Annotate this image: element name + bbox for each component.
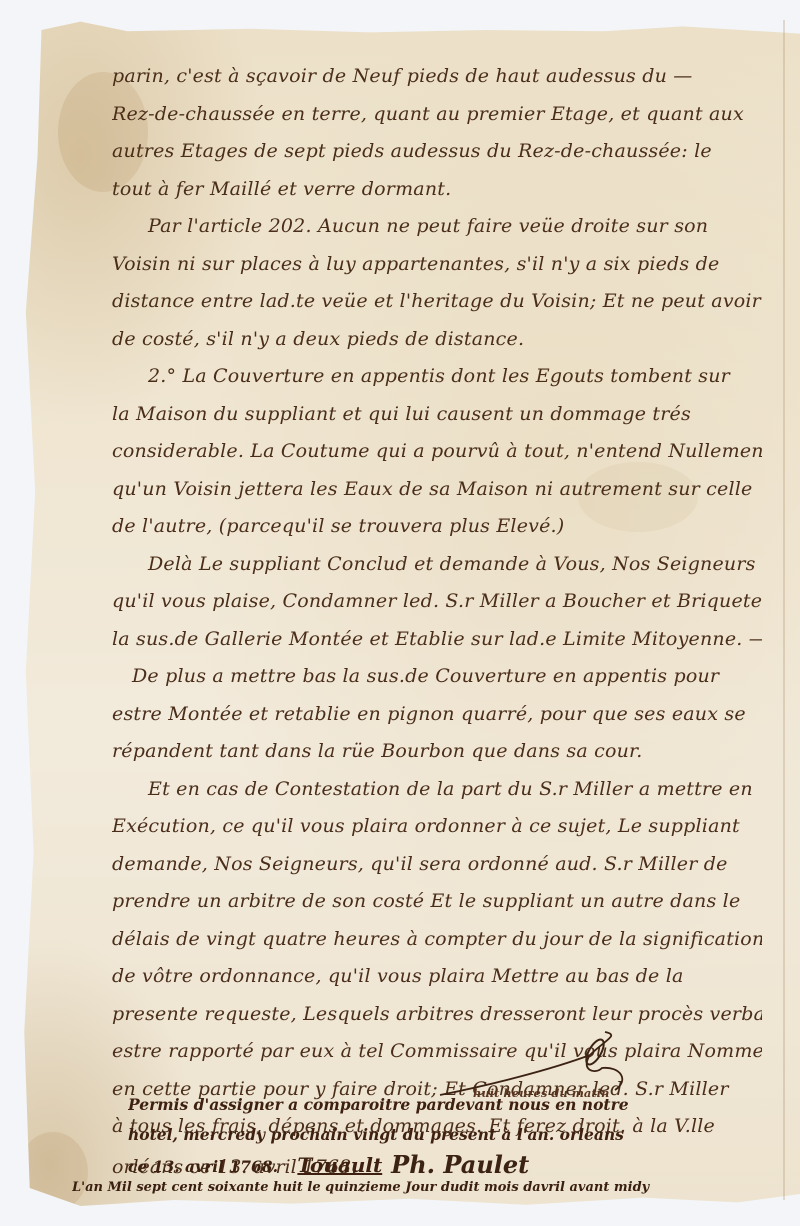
annotation-date: ce 13. avril 1768. bbox=[128, 1157, 278, 1176]
body-line: Exécution, ce qu'il vous plaira ordonner… bbox=[112, 808, 762, 846]
body-line: de l'autre, (parcequ'il se trouvera plus… bbox=[112, 508, 762, 546]
body-line: Rez-de-chaussée en terre, quant au premi… bbox=[112, 96, 762, 134]
body-line: autres Etages de sept pieds audessus du … bbox=[112, 133, 762, 171]
body-line: qu'il vous plaise, Condamner led. S.r Mi… bbox=[112, 583, 762, 621]
body-line: tout à fer Maillé et verre dormant. bbox=[112, 171, 762, 209]
body-line: Voisin ni sur places à luy appartenantes… bbox=[112, 246, 762, 284]
body-line: distance entre lad.te veüe et l'heritage… bbox=[112, 283, 762, 321]
body-line: demande, Nos Seigneurs, qu'il sera ordon… bbox=[112, 846, 762, 884]
annotation-line: hotel, mercredy prochain vingt du presen… bbox=[128, 1120, 768, 1150]
body-line: qu'un Voisin jettera les Eaux de sa Mais… bbox=[112, 471, 762, 509]
judicial-annotation: huit heures du matin Permis d'assigner a… bbox=[128, 1090, 768, 1180]
body-line: de vôtre ordonnance, qu'il vous plaira M… bbox=[112, 958, 762, 996]
body-line: la sus.de Gallerie Montée et Etablie sur… bbox=[112, 621, 762, 659]
body-line: prendre un arbitre de son costé Et le su… bbox=[112, 883, 762, 921]
body-line: estre Montée et retablie en pignon quarr… bbox=[112, 696, 762, 734]
body-line: Et en cas de Contestation de la part du … bbox=[112, 771, 762, 809]
petition-body: parin, c'est à sçavoir de Neuf pieds de … bbox=[112, 58, 762, 1183]
body-line: 2.° La Couverture en appentis dont les E… bbox=[112, 358, 762, 396]
body-line: de costé, s'il n'y a deux pieds de dista… bbox=[112, 321, 762, 359]
body-line: Delà Le suppliant Conclud et demande à V… bbox=[112, 546, 762, 584]
annotation-line: ce 13. avril 1768. Touault bbox=[128, 1150, 768, 1180]
clerk-signature: Touault bbox=[297, 1153, 382, 1177]
body-line: De plus a mettre bas la sus.de Couvertur… bbox=[112, 658, 762, 696]
footer-notation: L'an Mil sept cent soixante huit le quin… bbox=[72, 1180, 772, 1195]
water-stain bbox=[18, 1132, 88, 1212]
body-line: considerable. La Coutume qui a pourvû à … bbox=[112, 433, 762, 471]
body-line: parin, c'est à sçavoir de Neuf pieds de … bbox=[112, 58, 762, 96]
body-line: presente requeste, Lesquels arbitres dre… bbox=[112, 996, 762, 1034]
paper-fold-line bbox=[783, 20, 785, 1200]
body-line: répandent tant dans la rüe Bourbon que d… bbox=[112, 733, 762, 771]
body-line: Par l'article 202. Aucun ne peut faire v… bbox=[112, 208, 762, 246]
body-line: délais de vingt quatre heures à compter … bbox=[112, 921, 762, 959]
interlinear-insert: huit heures du matin bbox=[473, 1086, 609, 1100]
body-line: la Maison du suppliant et qui lui causen… bbox=[112, 396, 762, 434]
annotation-line: Permis d'assigner a comparoitre pardevan… bbox=[128, 1090, 768, 1120]
